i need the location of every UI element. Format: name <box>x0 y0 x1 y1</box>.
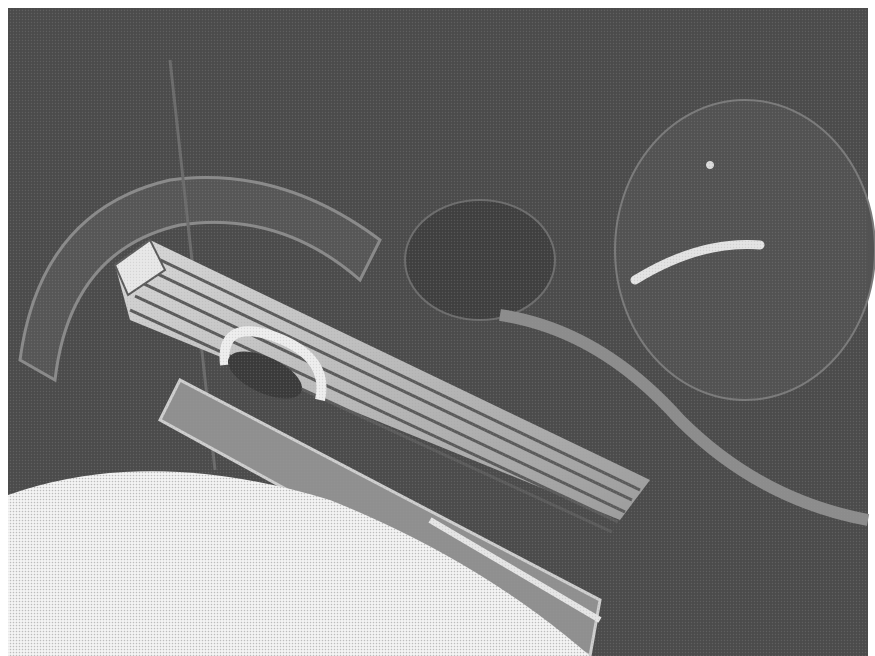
halftone-photograph <box>0 0 875 656</box>
halftone-texture <box>8 8 868 656</box>
